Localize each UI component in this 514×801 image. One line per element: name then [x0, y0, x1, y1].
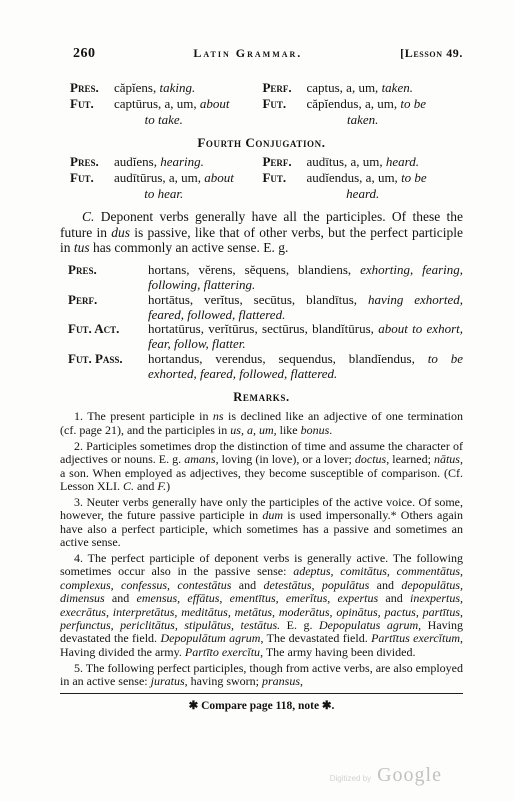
deponent-forms: hortatūrus, verĭtūrus, sectūrus, blandĭt…	[148, 322, 463, 352]
participle-forms: căpĭens, taking.	[114, 80, 257, 96]
participle-forms: captus, a, um, taken.	[306, 80, 463, 96]
page-header: 260 Latin Grammar. [Lesson 49.	[60, 46, 463, 62]
deponent-row: Fut. Act. hortatūrus, verĭtūrus, sectūru…	[68, 322, 463, 352]
participle-continuation: to hear.	[70, 186, 257, 202]
tense-label: Fut.	[262, 170, 306, 186]
tense-label: Fut.	[70, 96, 114, 112]
tense-label: Fut. Act.	[68, 322, 148, 352]
third-conjugation-table: Pres. căpĭens, taking. Fut. captūrus, a,…	[60, 80, 463, 128]
participle-continuation: taken.	[262, 112, 463, 128]
third-conjugation-left-column: Pres. căpĭens, taking. Fut. captūrus, a,…	[60, 80, 257, 128]
deponent-row: Perf. hortātus, verĭtus, secūtus, blandī…	[68, 293, 463, 323]
tense-label: Pres.	[68, 263, 148, 293]
footnote: ✱ Compare page 118, note ✱.	[60, 698, 463, 712]
deponent-forms: hortans, vĕrens, sĕquens, blandiens, exh…	[148, 263, 463, 293]
participle-row: Fut. audĭendus, a, um, to be	[262, 170, 463, 186]
participle-row: Perf. captus, a, um, taken.	[262, 80, 463, 96]
tense-label: Fut.	[70, 170, 114, 186]
footnote-rule	[60, 693, 463, 694]
deponent-row: Fut. Pass. hortandus, verendus, sequendu…	[68, 352, 463, 382]
participle-forms: captūrus, a, um, about	[114, 96, 257, 112]
watermark-prefix: Digitized by	[330, 774, 371, 783]
participle-forms: audĭens, hearing.	[114, 154, 257, 170]
page-number: 260	[60, 46, 96, 62]
participle-forms: căpĭendus, a, um, to be	[306, 96, 463, 112]
tense-label: Pres.	[70, 80, 114, 96]
participle-row: Fut. căpĭendus, a, um, to be	[262, 96, 463, 112]
fourth-conjugation-right-column: Perf. audītus, a, um, heard. Fut. audĭen…	[257, 154, 463, 202]
tense-label: Pres.	[70, 154, 114, 170]
fourth-conjugation-left-column: Pres. audĭens, hearing. Fut. audītūrus, …	[60, 154, 257, 202]
deponent-participles-list: Pres. hortans, vĕrens, sĕquens, blandien…	[60, 263, 463, 381]
tense-label: Fut.	[262, 96, 306, 112]
participle-row: Fut. audītūrus, a, um, about	[70, 170, 257, 186]
participle-continuation: heard.	[262, 186, 463, 202]
participle-row: Pres. audĭens, hearing.	[70, 154, 257, 170]
participle-continuation: to take.	[70, 112, 257, 128]
lesson-reference: [Lesson 49.	[400, 46, 463, 61]
deponent-forms: hortandus, verendus, sequendus, blandĭen…	[148, 352, 463, 382]
tense-label: Perf.	[68, 293, 148, 323]
paragraph-c: C. Deponent verbs generally have all the…	[60, 209, 463, 256]
deponent-row: Pres. hortans, vĕrens, sĕquens, blandien…	[68, 263, 463, 293]
deponent-forms: hortātus, verĭtus, secūtus, blandītus, h…	[148, 293, 463, 323]
remarks-heading: Remarks.	[60, 390, 463, 405]
tense-label: Perf.	[262, 80, 306, 96]
book-page: 260 Latin Grammar. [Lesson 49. Pres. căp…	[0, 0, 514, 801]
remark-2: 2. Participles sometimes drop the distin…	[60, 440, 463, 494]
fourth-conjugation-heading: Fourth Conjugation.	[60, 135, 463, 151]
participle-forms: audĭendus, a, um, to be	[306, 170, 463, 186]
participle-forms: audītus, a, um, heard.	[306, 154, 463, 170]
remark-5: 5. The following perfect participles, th…	[60, 662, 463, 689]
remark-4: 4. The perfect participle of deponent ve…	[60, 552, 463, 659]
remark-1: 1. The present participle in ns is decli…	[60, 410, 463, 437]
participle-row: Perf. audītus, a, um, heard.	[262, 154, 463, 170]
participle-row: Fut. captūrus, a, um, about	[70, 96, 257, 112]
participle-forms: audītūrus, a, um, about	[114, 170, 257, 186]
third-conjugation-right-column: Perf. captus, a, um, taken. Fut. căpĭend…	[257, 80, 463, 128]
google-watermark: Digitized by Google	[330, 764, 442, 787]
fourth-conjugation-table: Pres. audĭens, hearing. Fut. audītūrus, …	[60, 154, 463, 202]
google-logo: Google	[377, 764, 442, 787]
tense-label: Perf.	[262, 154, 306, 170]
participle-row: Pres. căpĭens, taking.	[70, 80, 257, 96]
remark-3: 3. Neuter verbs generally have only the …	[60, 496, 463, 550]
running-title: Latin Grammar.	[193, 46, 302, 61]
tense-label: Fut. Pass.	[68, 352, 148, 382]
